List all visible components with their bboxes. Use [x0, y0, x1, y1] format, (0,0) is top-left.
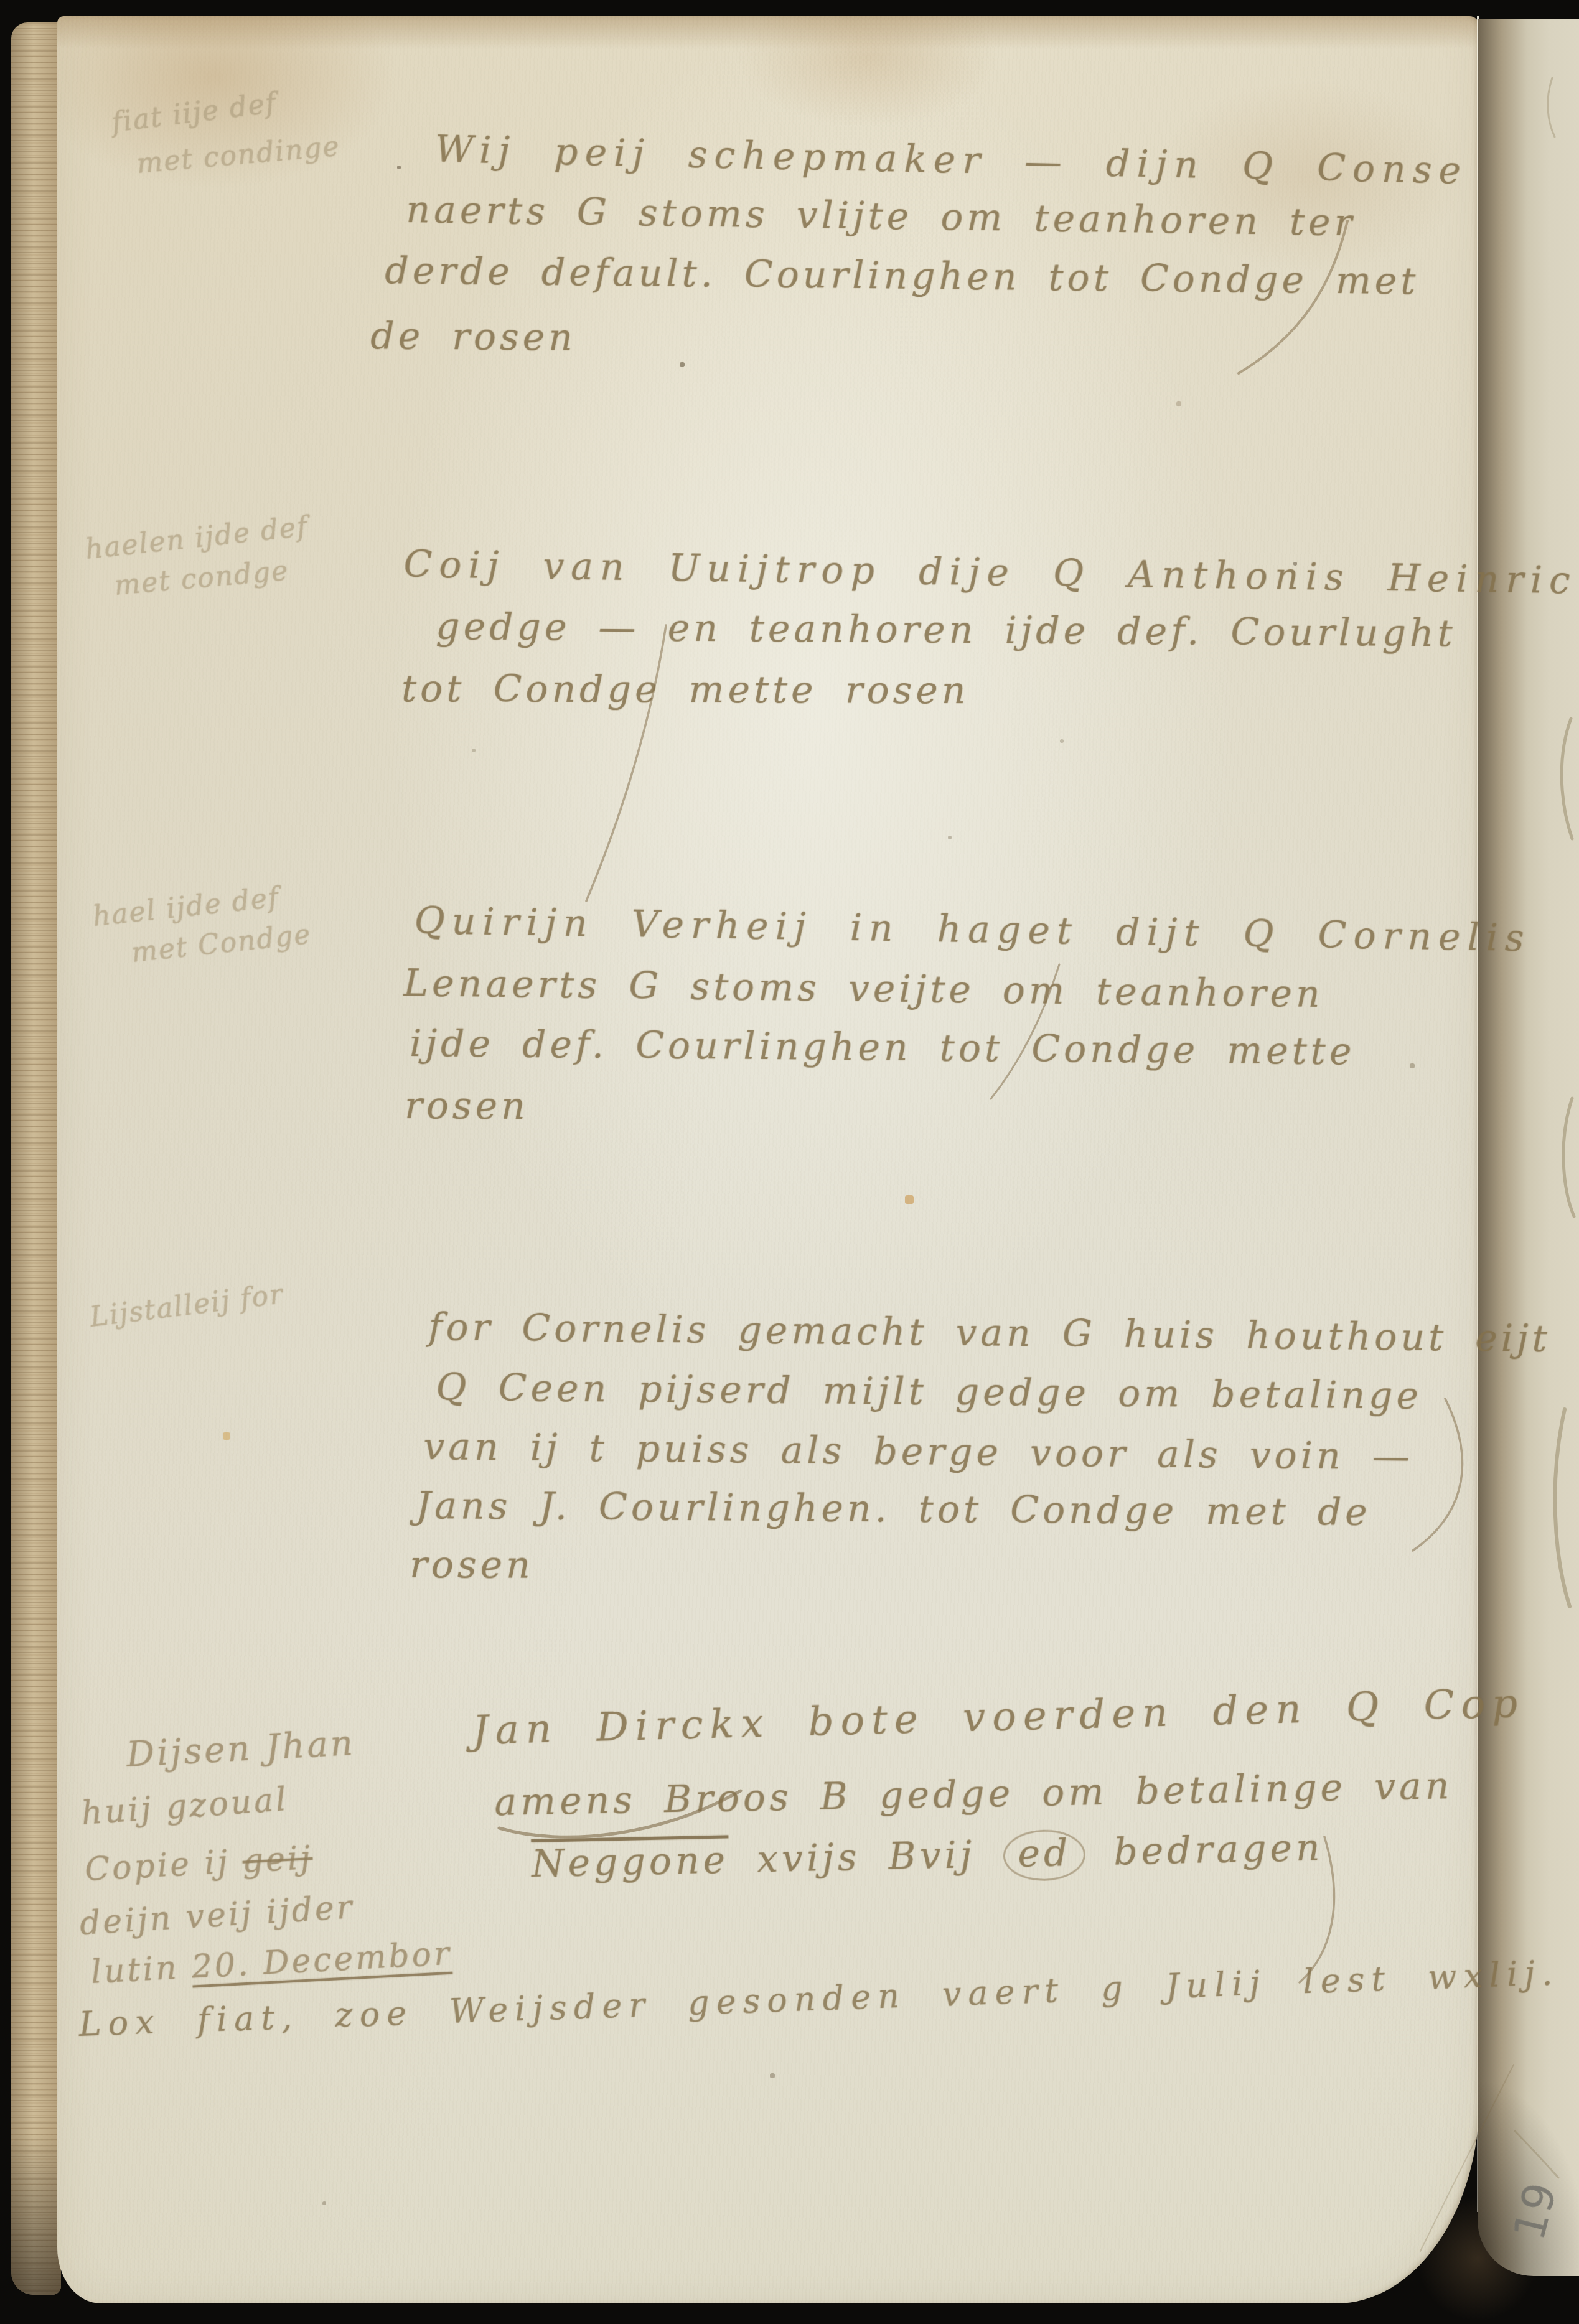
- entry-5-main-line-3-mid: xvijs Bvij: [728, 1832, 1004, 1882]
- entry-5-circled-word: ed: [1003, 1829, 1087, 1882]
- entry-4-line-4: Jans J. Courlinghen. tot Condge met de: [416, 1484, 1371, 1534]
- entry-5-left-line-5-text: lutin: [90, 1949, 193, 1991]
- entry-5-struck-word: geij: [241, 1839, 314, 1880]
- entry-4-line-2: Q Ceen pijserd mijlt gedge om betalinge: [436, 1366, 1422, 1418]
- paper-specks: [0, 0, 1, 1]
- entry-3-line-4: rosen: [405, 1084, 529, 1128]
- entry-1-line-4: de rosen: [370, 314, 576, 360]
- next-page-sliver: [1478, 19, 1579, 2276]
- entry-5-main-line-3-end: bedragen: [1085, 1826, 1324, 1874]
- entry-3-line-3: ijde def. Courlinghen tot Condge mette: [410, 1022, 1356, 1073]
- manuscript-photo: fiat iije def met condinge haelen ijde d…: [0, 0, 1579, 2324]
- book-leaf-edges: [11, 22, 61, 2295]
- entry-4-line-5: rosen: [410, 1543, 534, 1587]
- entry-5-overlined-word: Neggone: [531, 1838, 729, 1886]
- entry-2-line-2: gedge — en teanhoren ijde def. Courlught: [436, 605, 1456, 655]
- entry-2-line-3: tot Condge mette rosen: [401, 667, 970, 712]
